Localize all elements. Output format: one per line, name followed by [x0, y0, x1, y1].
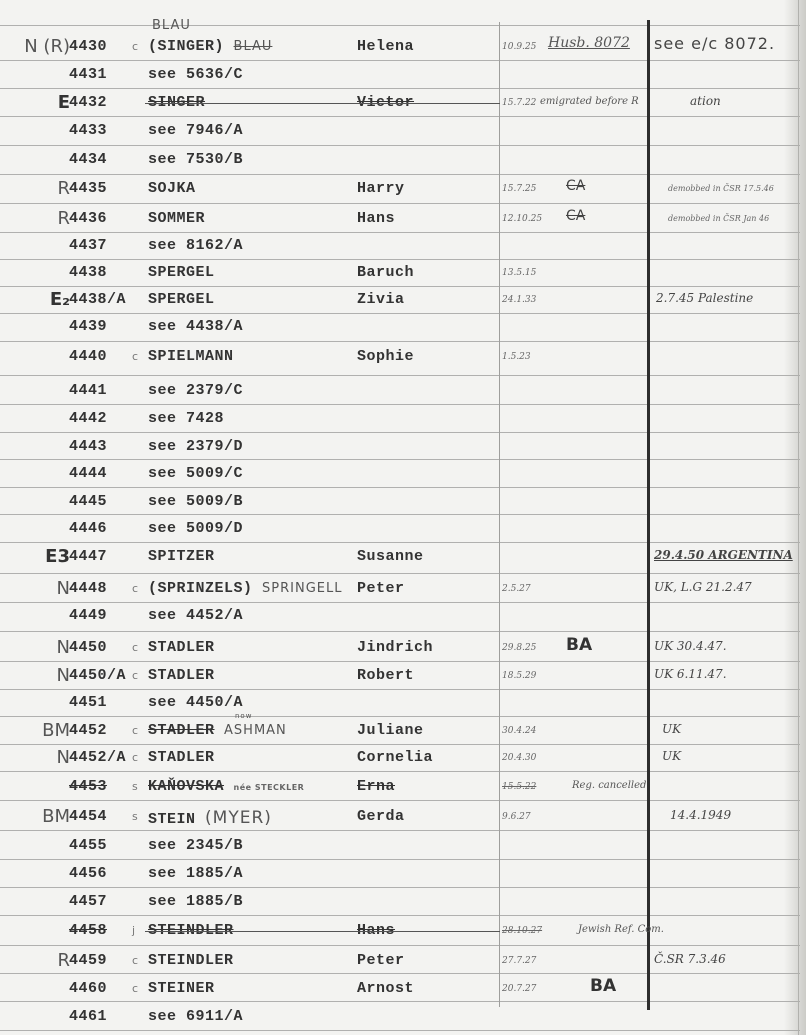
- destination-note: UK: [662, 749, 681, 763]
- surname: see 5009/C: [148, 465, 243, 482]
- surname-text: see 1885/B: [148, 893, 243, 910]
- entry-code: c: [132, 724, 138, 737]
- entry-code: c: [132, 954, 138, 967]
- surname-text: see 8162/A: [148, 237, 243, 254]
- surname: STADLER ASHMAN: [148, 722, 287, 739]
- table-row: N (R)4430c(SINGER) BLAUBLAUHelena10.9.25…: [0, 38, 806, 64]
- surname-text: see 2379/C: [148, 382, 243, 399]
- surname-text: STEIN: [148, 811, 196, 828]
- table-row: 4437see 8162/A: [0, 237, 806, 263]
- entry-number: 4457: [69, 893, 107, 910]
- table-row: 4456see 1885/A: [0, 865, 806, 891]
- date-of-birth: 29.8.25: [502, 643, 536, 653]
- surname-text: see 7946/A: [148, 122, 243, 139]
- entry-number: 4444: [69, 465, 107, 482]
- table-row: 4441see 2379/C: [0, 382, 806, 408]
- date-of-birth: 15.5.22: [502, 782, 536, 792]
- table-row: BM4454sSTEIN (MYER)Gerda9.6.2714.4.1949: [0, 808, 806, 834]
- entry-code: c: [132, 40, 138, 53]
- surname-annotation: ASHMAN: [224, 723, 287, 738]
- entry-number: 4446: [69, 520, 107, 537]
- table-row: 4451see 4450/A: [0, 694, 806, 720]
- entry-number: 4453: [69, 778, 107, 795]
- surname: see 1885/B: [148, 893, 243, 910]
- date-of-birth: 2.5.27: [502, 584, 531, 594]
- table-row: R4459cSTEINDLERPeter27.7.27Č.SR 7.3.46: [0, 952, 806, 978]
- destination-note: UK, L.G 21.2.47: [654, 580, 752, 594]
- given-name: Baruch: [357, 264, 414, 281]
- date-of-birth: 15.7.22: [502, 98, 536, 108]
- table-row: 4458jSTEINDLERHans28.10.27Jewish Ref. Co…: [0, 922, 806, 948]
- entry-code: c: [132, 751, 138, 764]
- table-row: 4443see 2379/D: [0, 438, 806, 464]
- table-row: 4442see 7428: [0, 410, 806, 436]
- status-mark: BA: [590, 976, 616, 996]
- table-row: R4436SOMMERHans12.10.25CAdemobbed in ČSR…: [0, 210, 806, 236]
- margin-mark: N: [14, 578, 70, 599]
- destination-note: UK 6.11.47.: [654, 667, 727, 681]
- date-of-birth: 9.6.27: [502, 812, 531, 822]
- entry-number: 4431: [69, 66, 107, 83]
- given-name: Peter: [357, 952, 405, 969]
- table-row: 4438SPERGELBaruch13.5.15: [0, 264, 806, 290]
- entry-number: 4433: [69, 122, 107, 139]
- given-name: Susanne: [357, 548, 424, 565]
- surname-text: see 5636/C: [148, 66, 243, 83]
- entry-number: 4440: [69, 348, 107, 365]
- entry-number: 4450: [69, 639, 107, 656]
- surname-text: STADLER: [148, 722, 215, 739]
- entry-number: 4452/A: [69, 749, 126, 766]
- table-row: N4450/AcSTADLERRobert18.5.29UK 6.11.47.: [0, 667, 806, 693]
- margin-mark: N: [14, 637, 70, 658]
- table-row: 4440cSPIELMANNSophie1.5.23: [0, 348, 806, 374]
- surname-text: STEINER: [148, 980, 215, 997]
- ledger-page: N (R)4430c(SINGER) BLAUBLAUHelena10.9.25…: [0, 0, 806, 1035]
- surname: STEINDLER: [148, 952, 234, 969]
- entry-number: 4442: [69, 410, 107, 427]
- surname: STADLER: [148, 749, 215, 766]
- date-of-birth: 20.4.30: [502, 753, 536, 763]
- surname: see 8162/A: [148, 237, 243, 254]
- entry-code: c: [132, 982, 138, 995]
- surname-text: see 7428: [148, 410, 224, 427]
- destination-note: Č.SR 7.3.46: [654, 952, 726, 966]
- table-row: 4461see 6911/A: [0, 1008, 806, 1034]
- table-row: BM4452cSTADLER ASHMANnowJuliane30.4.24UK: [0, 722, 806, 748]
- given-name: Harry: [357, 180, 405, 197]
- given-name: Arnost: [357, 980, 414, 997]
- date-of-birth: 12.10.25: [502, 214, 542, 224]
- table-row: E4432SINGERVictor15.7.22emigrated before…: [0, 94, 806, 120]
- entry-number: 4448: [69, 580, 107, 597]
- entry-number: 4437: [69, 237, 107, 254]
- surname-text: see 2345/B: [148, 837, 243, 854]
- surname-text: KAŇOVSKA: [148, 778, 224, 795]
- surname: SOJKA: [148, 180, 196, 197]
- entry-code: s: [132, 780, 138, 793]
- given-name: Helena: [357, 38, 414, 55]
- given-name: Cornelia: [357, 749, 433, 766]
- remark: Reg. cancelled: [572, 780, 646, 791]
- entry-number: 4449: [69, 607, 107, 624]
- table-row: 4444see 5009/C: [0, 465, 806, 491]
- status-mark: BA: [566, 635, 592, 655]
- surname-text: see 4450/A: [148, 694, 243, 711]
- surname: see 7946/A: [148, 122, 243, 139]
- date-of-birth: 15.7.25: [502, 184, 536, 194]
- table-row: 4453sKAŇOVSKA née STECKLERErna15.5.22Reg…: [0, 778, 806, 804]
- entry-number: 4459: [69, 952, 107, 969]
- surname-annotation-above: now: [235, 712, 252, 720]
- destination-note: 2.7.45 Palestine: [656, 291, 753, 305]
- entry-number: 4434: [69, 151, 107, 168]
- surname: SPIELMANN: [148, 348, 234, 365]
- surname: SPERGEL: [148, 291, 215, 308]
- entry-number: 4454: [69, 808, 107, 825]
- surname: see 7530/B: [148, 151, 243, 168]
- surname-annotation: (MYER): [205, 808, 272, 828]
- surname-text: SOJKA: [148, 180, 196, 197]
- surname: see 4452/A: [148, 607, 243, 624]
- surname-text: see 4452/A: [148, 607, 243, 624]
- table-row: 4431see 5636/C: [0, 66, 806, 92]
- given-name: Erna: [357, 778, 395, 795]
- surname-text: (SINGER): [148, 38, 224, 55]
- table-row: E34447SPITZERSusanne29.4.50 ARGENTINA: [0, 548, 806, 574]
- entry-code: j: [132, 924, 135, 937]
- entry-number: 4451: [69, 694, 107, 711]
- surname: KAŇOVSKA née STECKLER: [148, 778, 304, 795]
- margin-mark: E3: [14, 546, 70, 567]
- surname: STEINER: [148, 980, 215, 997]
- status-mark: CA: [566, 178, 585, 194]
- surname: SPERGEL: [148, 264, 215, 281]
- surname-text: see 6911/A: [148, 1008, 243, 1025]
- remark: Husb. 8072: [548, 35, 630, 51]
- destination-note: 14.4.1949: [670, 808, 731, 822]
- margin-mark: N (R): [14, 36, 70, 57]
- surname-text: SPIELMANN: [148, 348, 234, 365]
- given-name: Juliane: [357, 722, 424, 739]
- margin-mark: N: [14, 665, 70, 686]
- entry-number: 4438/A: [69, 291, 126, 308]
- table-row: 4460cSTEINERArnost20.7.27BA: [0, 980, 806, 1006]
- surname: STEIN (MYER): [148, 808, 272, 828]
- surname-text: STADLER: [148, 639, 215, 656]
- surname: SPITZER: [148, 548, 215, 565]
- entry-number: 4455: [69, 837, 107, 854]
- ruled-line: [0, 25, 800, 26]
- surname: SOMMER: [148, 210, 205, 227]
- surname-annotation: née STECKLER: [234, 783, 305, 792]
- table-row: 4455see 2345/B: [0, 837, 806, 863]
- date-of-birth: 13.5.15: [502, 268, 536, 278]
- destination-note: see e/c 8072.: [654, 34, 775, 53]
- given-name: Zivia: [357, 291, 405, 308]
- given-name: Sophie: [357, 348, 414, 365]
- table-row: 4449see 4452/A: [0, 607, 806, 633]
- destination-note: ation: [690, 94, 721, 108]
- strike-through-line: [145, 103, 500, 104]
- entry-number: 4460: [69, 980, 107, 997]
- table-row: R4435SOJKAHarry15.7.25CAdemobbed in ČSR …: [0, 180, 806, 206]
- entry-number: 4443: [69, 438, 107, 455]
- surname-text: see 1885/A: [148, 865, 243, 882]
- entry-number: 4438: [69, 264, 107, 281]
- surname: (SINGER) BLAU: [148, 38, 272, 55]
- given-name: Hans: [357, 210, 395, 227]
- table-row: 4434see 7530/B: [0, 151, 806, 177]
- surname-text: see 5009/B: [148, 493, 243, 510]
- surname-text: SPERGEL: [148, 291, 215, 308]
- date-of-birth: 20.7.27: [502, 984, 536, 994]
- margin-mark: R: [14, 178, 70, 199]
- surname: see 5009/B: [148, 493, 243, 510]
- table-row: 4433see 7946/A: [0, 122, 806, 148]
- table-row: 4446see 5009/D: [0, 520, 806, 546]
- date-of-birth: 27.7.27: [502, 956, 536, 966]
- entry-number: 4439: [69, 318, 107, 335]
- margin-mark: BM: [14, 720, 70, 741]
- date-of-birth: 30.4.24: [502, 726, 536, 736]
- entry-code: c: [132, 350, 138, 363]
- surname-text: SPERGEL: [148, 264, 215, 281]
- surname-text: see 5009/D: [148, 520, 243, 537]
- margin-mark: R: [14, 208, 70, 229]
- surname: see 4438/A: [148, 318, 243, 335]
- surname-text: STEINDLER: [148, 952, 234, 969]
- surname-text: STADLER: [148, 667, 215, 684]
- table-row: 4439see 4438/A: [0, 318, 806, 344]
- surname: see 5636/C: [148, 66, 243, 83]
- given-name: Robert: [357, 667, 414, 684]
- surname-annotation: SPRINGELL: [262, 581, 342, 596]
- entry-number: 4430: [69, 38, 107, 55]
- entry-number: 4432: [69, 94, 107, 111]
- entry-code: c: [132, 582, 138, 595]
- given-name: Gerda: [357, 808, 405, 825]
- surname: see 5009/D: [148, 520, 243, 537]
- entry-number: 4450/A: [69, 667, 126, 684]
- destination-note: demobbed in ČSR 17.5.46: [668, 184, 774, 193]
- surname: see 2379/D: [148, 438, 243, 455]
- entry-number: 4435: [69, 180, 107, 197]
- surname-text: SOMMER: [148, 210, 205, 227]
- table-row: N4452/AcSTADLERCornelia20.4.30UK: [0, 749, 806, 775]
- given-name: Peter: [357, 580, 405, 597]
- margin-mark: R: [14, 950, 70, 971]
- entry-number: 4436: [69, 210, 107, 227]
- surname-text: STADLER: [148, 749, 215, 766]
- remark: emigrated before R: [540, 96, 639, 107]
- surname: (SPRINZELS) SPRINGELL: [148, 580, 343, 597]
- surname: STADLER: [148, 667, 215, 684]
- date-of-birth: 10.9.25: [502, 42, 536, 52]
- surname: see 2379/C: [148, 382, 243, 399]
- surname-text: see 7530/B: [148, 151, 243, 168]
- table-row: 4457see 1885/B: [0, 893, 806, 919]
- surname: see 6911/A: [148, 1008, 243, 1025]
- surname: see 2345/B: [148, 837, 243, 854]
- destination-note: demobbed in ČSR Jan 46: [668, 214, 769, 223]
- destination-note: UK 30.4.47.: [654, 639, 727, 653]
- entry-number: 4447: [69, 548, 107, 565]
- surname-text: see 5009/C: [148, 465, 243, 482]
- surname: see 7428: [148, 410, 224, 427]
- surname-text: see 2379/D: [148, 438, 243, 455]
- surname-annotation: BLAU: [234, 39, 273, 54]
- margin-mark: E: [14, 92, 70, 113]
- entry-number: 4441: [69, 382, 107, 399]
- entry-code: s: [132, 810, 138, 823]
- strike-through-line: [145, 931, 500, 932]
- surname: see 1885/A: [148, 865, 243, 882]
- date-of-birth: 18.5.29: [502, 671, 536, 681]
- table-row: 4445see 5009/B: [0, 493, 806, 519]
- surname-text: see 4438/A: [148, 318, 243, 335]
- given-name: Jindrich: [357, 639, 433, 656]
- entry-number: 4458: [69, 922, 107, 939]
- margin-mark: E₂: [14, 289, 70, 310]
- date-of-birth: 1.5.23: [502, 352, 531, 362]
- destination-note: 29.4.50 ARGENTINA: [654, 548, 793, 562]
- entry-number: 4461: [69, 1008, 107, 1025]
- date-of-birth: 24.1.33: [502, 295, 536, 305]
- margin-mark: BM: [14, 806, 70, 827]
- date-of-birth: 28.10.27: [502, 926, 542, 936]
- destination-note: UK: [662, 722, 681, 736]
- surname: STADLER: [148, 639, 215, 656]
- remark: Jewish Ref. Com.: [578, 924, 664, 935]
- ruled-line: [0, 375, 800, 376]
- entry-number: 4445: [69, 493, 107, 510]
- surname-text: (SPRINZELS): [148, 580, 253, 597]
- status-mark: CA: [566, 208, 585, 224]
- table-row: N4448c(SPRINZELS) SPRINGELLPeter2.5.27UK…: [0, 580, 806, 606]
- margin-mark: N: [14, 747, 70, 768]
- table-row: E₂4438/ASPERGELZivia24.1.332.7.45 Palest…: [0, 291, 806, 317]
- surname: see 4450/A: [148, 694, 243, 711]
- entry-code: c: [132, 641, 138, 654]
- entry-number: 4452: [69, 722, 107, 739]
- surname-annotation-above: BLAU: [152, 18, 191, 33]
- surname-text: SPITZER: [148, 548, 215, 565]
- entry-code: c: [132, 669, 138, 682]
- entry-number: 4456: [69, 865, 107, 882]
- table-row: N4450cSTADLERJindrich29.8.25BAUK 30.4.47…: [0, 639, 806, 665]
